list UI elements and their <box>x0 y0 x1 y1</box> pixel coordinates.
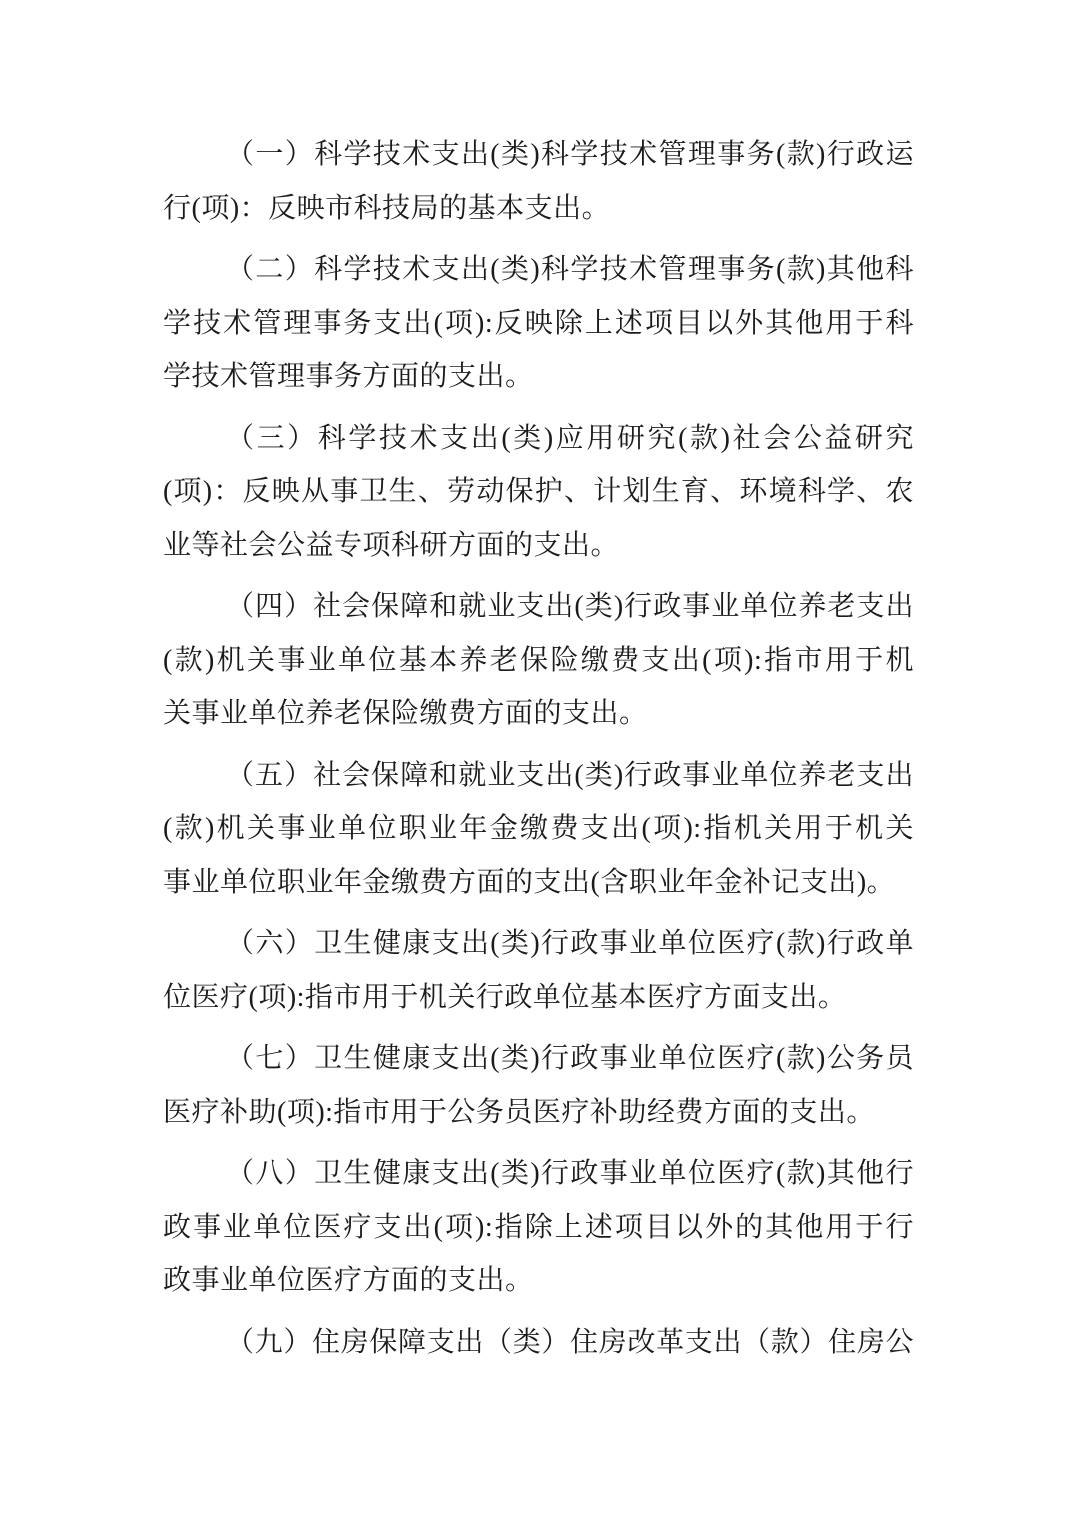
paragraph-line: （七）卫生健康支出(类)行政事业单位医疗(款)公务员 <box>163 1032 914 1086</box>
paragraph-line: （六）卫生健康支出(类)行政事业单位医疗(款)行政单 <box>163 917 914 971</box>
paragraph-item-2: （二）科学技术支出(类)科学技术管理事务(款)其他科 学技术管理事务支出(项):… <box>163 243 914 404</box>
paragraph-item-7: （七）卫生健康支出(类)行政事业单位医疗(款)公务员 医疗补助(项):指市用于公… <box>163 1032 914 1139</box>
paragraph-item-8: （八）卫生健康支出(类)行政事业单位医疗(款)其他行 政事业单位医疗支出(项):… <box>163 1147 914 1308</box>
paragraph-line: （二）科学技术支出(类)科学技术管理事务(款)其他科 <box>163 243 914 297</box>
paragraph-item-9: （九）住房保障支出（类）住房改革支出（款）住房公 <box>163 1316 914 1370</box>
paragraph-line: （三）科学技术支出(类)应用研究(款)社会公益研究 <box>163 412 914 466</box>
paragraph-item-6: （六）卫生健康支出(类)行政事业单位医疗(款)行政单 位医疗(项):指市用于机关… <box>163 917 914 1024</box>
paragraph-line: 关事业单位养老保险缴费方面的支出。 <box>163 687 914 741</box>
document-page: （一）科学技术支出(类)科学技术管理事务(款)行政运 行(项)：反映市科技局的基… <box>0 0 1074 1520</box>
paragraph-line: （一）科学技术支出(类)科学技术管理事务(款)行政运 <box>163 128 914 182</box>
paragraph-line: 医疗补助(项):指市用于公务员医疗补助经费方面的支出。 <box>163 1086 914 1140</box>
paragraph-line: (款)机关事业单位职业年金缴费支出(项):指机关用于机关 <box>163 802 914 856</box>
paragraph-line: 政事业单位医疗方面的支出。 <box>163 1254 914 1308</box>
paragraph-line: (款)机关事业单位基本养老保险缴费支出(项):指市用于机 <box>163 634 914 688</box>
paragraph-line: 学技术管理事务方面的支出。 <box>163 350 914 404</box>
paragraph-line: （五）社会保障和就业支出(类)行政事业单位养老支出 <box>163 749 914 803</box>
paragraph-line: 业等社会公益专项科研方面的支出。 <box>163 519 914 573</box>
paragraph-line: （八）卫生健康支出(类)行政事业单位医疗(款)其他行 <box>163 1147 914 1201</box>
paragraph-line: 位医疗(项):指市用于机关行政单位基本医疗方面支出。 <box>163 971 914 1025</box>
paragraph-line: 学技术管理事务支出(项):反映除上述项目以外其他用于科 <box>163 297 914 351</box>
paragraph-line: 政事业单位医疗支出(项):指除上述项目以外的其他用于行 <box>163 1201 914 1255</box>
paragraph-line: （九）住房保障支出（类）住房改革支出（款）住房公 <box>163 1316 914 1370</box>
paragraph-line: 行(项)：反映市科技局的基本支出。 <box>163 182 914 236</box>
paragraph-line: (项)：反映从事卫生、劳动保护、计划生育、环境科学、农 <box>163 465 914 519</box>
paragraph-line: 事业单位职业年金缴费方面的支出(含职业年金补记支出)。 <box>163 856 914 910</box>
paragraph-line: （四）社会保障和就业支出(类)行政事业单位养老支出 <box>163 580 914 634</box>
paragraph-item-5: （五）社会保障和就业支出(类)行政事业单位养老支出 (款)机关事业单位职业年金缴… <box>163 749 914 910</box>
paragraph-item-4: （四）社会保障和就业支出(类)行政事业单位养老支出 (款)机关事业单位基本养老保… <box>163 580 914 741</box>
paragraph-item-3: （三）科学技术支出(类)应用研究(款)社会公益研究 (项)：反映从事卫生、劳动保… <box>163 412 914 573</box>
paragraph-item-1: （一）科学技术支出(类)科学技术管理事务(款)行政运 行(项)：反映市科技局的基… <box>163 128 914 235</box>
